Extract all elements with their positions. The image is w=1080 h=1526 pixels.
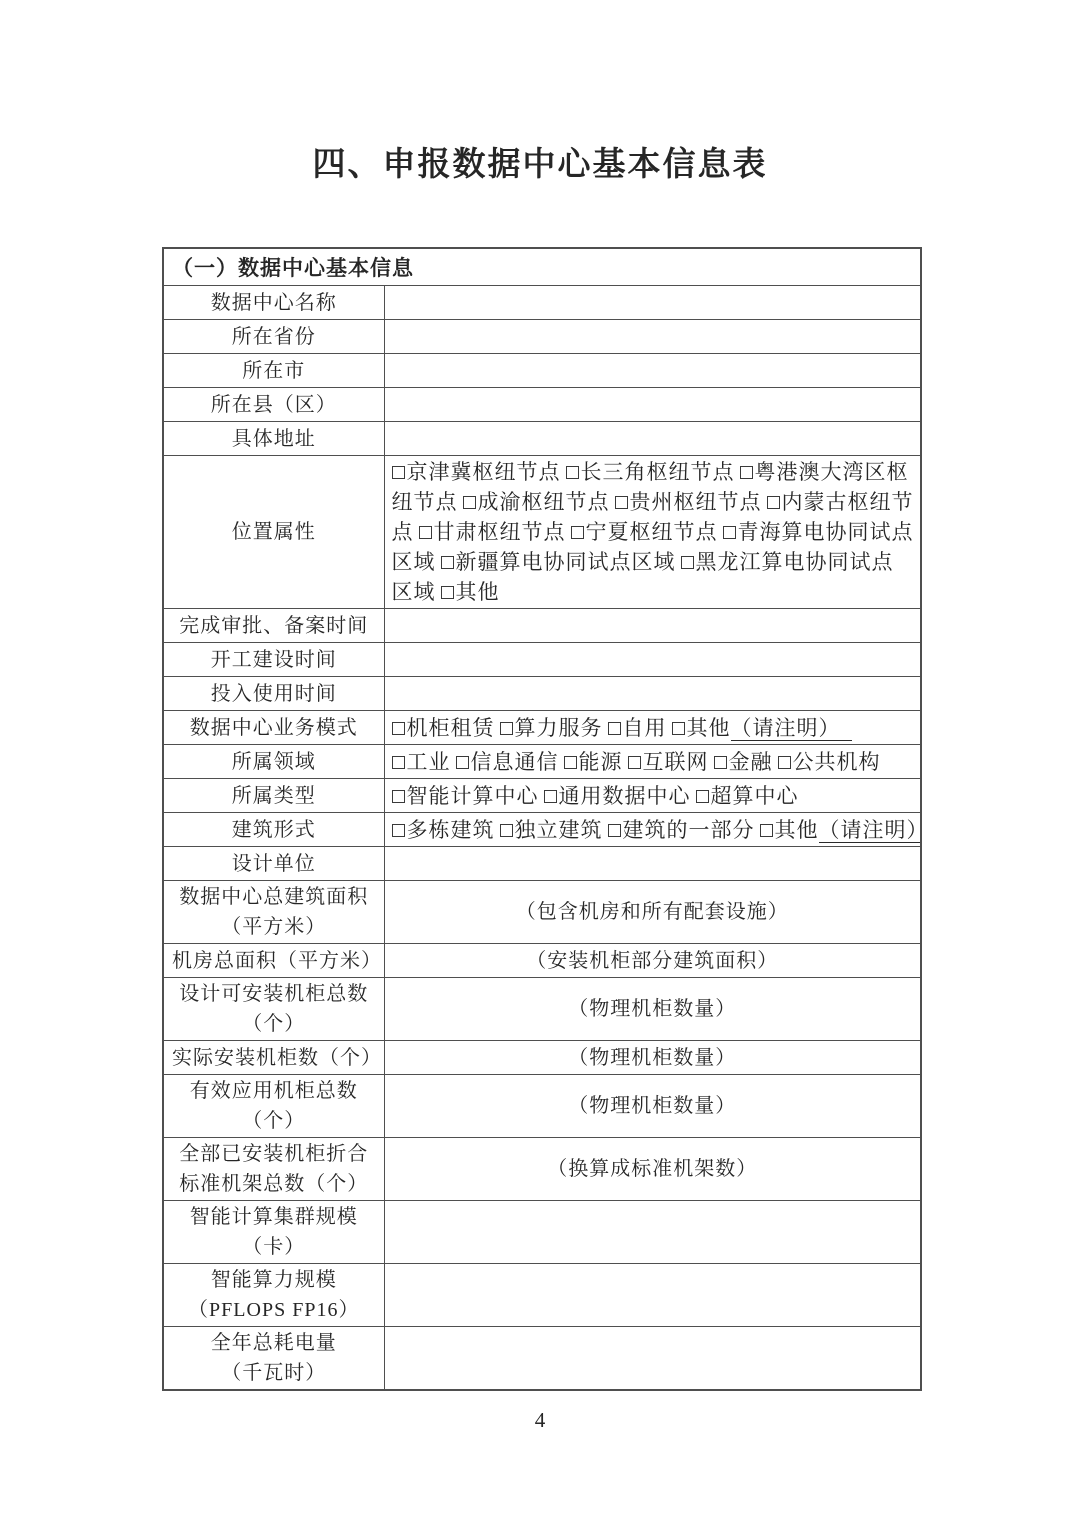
checkbox-option-label: 算力服务	[515, 716, 603, 740]
row-label: 所在省份	[163, 320, 384, 354]
checkbox-option[interactable]: 算力服务	[500, 716, 603, 740]
row-value: 机柜租赁算力服务自用其他（请注明）	[384, 711, 921, 745]
checkbox-option[interactable]: 建筑的一部分	[608, 818, 755, 842]
checkbox-option-label: 互联网	[643, 750, 709, 774]
checkbox-option-label: 金融	[729, 750, 773, 774]
checkbox-icon[interactable]	[392, 722, 405, 735]
checkbox-option[interactable]: 新疆算电协同试点区域	[441, 550, 676, 574]
checkbox-icon[interactable]	[740, 466, 753, 479]
checkbox-option-label: 智能计算中心	[407, 784, 539, 808]
checkbox-option-label: 通用数据中心	[559, 784, 691, 808]
checkbox-icon[interactable]	[608, 722, 621, 735]
checkbox-option-label: 贵州枢纽节点	[630, 490, 762, 514]
fill-in-blank[interactable]: （请注明）	[731, 716, 853, 741]
checkbox-icon[interactable]	[566, 466, 579, 479]
checkbox-option[interactable]: 公共机构	[778, 750, 881, 774]
checkbox-option[interactable]: 互联网	[628, 750, 709, 774]
checkbox-option[interactable]: 其他	[672, 716, 731, 740]
row-label: 数据中心业务模式	[163, 711, 384, 745]
info-table: （一）数据中心基本信息 数据中心名称所在省份所在市所在县（区）具体地址位置属性京…	[162, 247, 922, 1391]
checkbox-option-label: 自用	[623, 716, 667, 740]
info-table-body: （一）数据中心基本信息 数据中心名称所在省份所在市所在县（区）具体地址位置属性京…	[163, 248, 921, 1390]
table-row: 全部已安装机柜折合 标准机架总数（个）（换算成标准机架数）	[163, 1138, 921, 1201]
page-number: 4	[0, 1408, 1080, 1433]
row-value: 智能计算中心通用数据中心超算中心	[384, 779, 921, 813]
checkbox-icon[interactable]	[392, 790, 405, 803]
empty-fill-in-cell[interactable]	[384, 1264, 921, 1327]
checkbox-option-label: 长三角枢纽节点	[581, 460, 735, 484]
checkbox-icon[interactable]	[564, 756, 577, 769]
empty-fill-in-cell[interactable]	[384, 320, 921, 354]
checkbox-icon[interactable]	[778, 756, 791, 769]
table-row: 所在省份	[163, 320, 921, 354]
checkbox-option-label: 机柜租赁	[407, 716, 495, 740]
row-label: 所属类型	[163, 779, 384, 813]
checkbox-icon[interactable]	[723, 526, 736, 539]
row-label: 设计可安装机柜总数 （个）	[163, 978, 384, 1041]
checkbox-option-label: 其他	[775, 818, 819, 842]
table-row: 建筑形式多栋建筑独立建筑建筑的一部分其他（请注明）	[163, 813, 921, 847]
empty-fill-in-cell[interactable]	[384, 388, 921, 422]
row-value: （包含机房和所有配套设施）	[384, 881, 921, 944]
table-row: 设计可安装机柜总数 （个）（物理机柜数量）	[163, 978, 921, 1041]
checkbox-icon[interactable]	[419, 526, 432, 539]
checkbox-option[interactable]: 长三角枢纽节点	[566, 460, 735, 484]
checkbox-option-label: 能源	[579, 750, 623, 774]
table-row: 完成审批、备案时间	[163, 609, 921, 643]
row-value: 京津冀枢纽节点长三角枢纽节点粤港澳大湾区枢纽节点成渝枢纽节点贵州枢纽节点内蒙古枢…	[384, 456, 921, 609]
checkbox-option-label: 超算中心	[711, 784, 799, 808]
checkbox-icon[interactable]	[392, 756, 405, 769]
row-value: 多栋建筑独立建筑建筑的一部分其他（请注明）	[384, 813, 921, 847]
checkbox-option[interactable]: 甘肃枢纽节点	[419, 520, 566, 544]
checkbox-icon[interactable]	[608, 824, 621, 837]
checkbox-option-label: 独立建筑	[515, 818, 603, 842]
table-row: 实际安装机柜数（个）（物理机柜数量）	[163, 1041, 921, 1075]
row-label: 所在市	[163, 354, 384, 388]
checkbox-option[interactable]: 超算中心	[696, 784, 799, 808]
checkbox-icon[interactable]	[696, 790, 709, 803]
checkbox-option[interactable]: 成渝枢纽节点	[463, 490, 610, 514]
checkbox-option-label: 成渝枢纽节点	[478, 490, 610, 514]
empty-fill-in-cell[interactable]	[384, 354, 921, 388]
checkbox-option-label: 甘肃枢纽节点	[434, 520, 566, 544]
checkbox-icon[interactable]	[767, 496, 780, 509]
table-row: 机房总面积（平方米）（安装机柜部分建筑面积）	[163, 944, 921, 978]
checkbox-icon[interactable]	[628, 756, 641, 769]
document-page: 四、申报数据中心基本信息表 （一）数据中心基本信息 数据中心名称所在省份所在市所…	[0, 0, 1080, 1526]
checkbox-icon[interactable]	[456, 756, 469, 769]
table-row: 所属类型智能计算中心通用数据中心超算中心	[163, 779, 921, 813]
table-row: 有效应用机柜总数 （个）（物理机柜数量）	[163, 1075, 921, 1138]
table-row: 数据中心业务模式机柜租赁算力服务自用其他（请注明）	[163, 711, 921, 745]
checkbox-option-label: 宁夏枢纽节点	[586, 520, 718, 544]
checkbox-option[interactable]: 金融	[714, 750, 773, 774]
row-label: 全部已安装机柜折合 标准机架总数（个）	[163, 1138, 384, 1201]
checkbox-option[interactable]: 自用	[608, 716, 667, 740]
checkbox-option[interactable]: 其他	[441, 580, 500, 604]
table-row: 位置属性京津冀枢纽节点长三角枢纽节点粤港澳大湾区枢纽节点成渝枢纽节点贵州枢纽节点…	[163, 456, 921, 609]
checkbox-icon[interactable]	[392, 466, 405, 479]
row-label: 机房总面积（平方米）	[163, 944, 384, 978]
table-row: 所属领域工业信息通信能源互联网金融公共机构	[163, 745, 921, 779]
checkbox-option[interactable]: 工业	[392, 750, 451, 774]
empty-fill-in-cell[interactable]	[384, 643, 921, 677]
checkbox-option-label: 其他	[456, 580, 500, 604]
row-value: 工业信息通信能源互联网金融公共机构	[384, 745, 921, 779]
fill-in-blank[interactable]: （请注明）	[819, 818, 922, 843]
page-title: 四、申报数据中心基本信息表	[0, 138, 1080, 185]
empty-fill-in-cell[interactable]	[384, 422, 921, 456]
row-value: （物理机柜数量）	[384, 978, 921, 1041]
checkbox-icon[interactable]	[441, 586, 454, 599]
table-row: 投入使用时间	[163, 677, 921, 711]
checkbox-icon[interactable]	[615, 496, 628, 509]
row-value: （物理机柜数量）	[384, 1041, 921, 1075]
checkbox-option-label: 信息通信	[471, 750, 559, 774]
table-row: 设计单位	[163, 847, 921, 881]
table-row: 全年总耗电量 （千瓦时）	[163, 1327, 921, 1391]
checkbox-option[interactable]: 其他	[760, 818, 819, 842]
table-row: 所在县（区）	[163, 388, 921, 422]
checkbox-option[interactable]: 能源	[564, 750, 623, 774]
row-label: 智能算力规模 （PFLOPS FP16）	[163, 1264, 384, 1327]
row-label: 数据中心总建筑面积 （平方米）	[163, 881, 384, 944]
row-label: 全年总耗电量 （千瓦时）	[163, 1327, 384, 1391]
row-value: （换算成标准机架数）	[384, 1138, 921, 1201]
row-label: 设计单位	[163, 847, 384, 881]
checkbox-option[interactable]: 京津冀枢纽节点	[392, 460, 561, 484]
checkbox-option-label: 京津冀枢纽节点	[407, 460, 561, 484]
checkbox-icon[interactable]	[714, 756, 727, 769]
checkbox-icon[interactable]	[571, 526, 584, 539]
checkbox-icon[interactable]	[463, 496, 476, 509]
checkbox-option[interactable]: 信息通信	[456, 750, 559, 774]
row-label: 完成审批、备案时间	[163, 609, 384, 643]
empty-fill-in-cell[interactable]	[384, 847, 921, 881]
checkbox-icon[interactable]	[672, 722, 685, 735]
row-label: 所属领域	[163, 745, 384, 779]
table-row: 开工建设时间	[163, 643, 921, 677]
checkbox-icon[interactable]	[500, 824, 513, 837]
table-row: 具体地址	[163, 422, 921, 456]
checkbox-icon[interactable]	[544, 790, 557, 803]
checkbox-icon[interactable]	[681, 556, 694, 569]
checkbox-option[interactable]: 贵州枢纽节点	[615, 490, 762, 514]
row-label: 建筑形式	[163, 813, 384, 847]
checkbox-option[interactable]: 宁夏枢纽节点	[571, 520, 718, 544]
checkbox-option-label: 多栋建筑	[407, 818, 495, 842]
checkbox-icon[interactable]	[500, 722, 513, 735]
checkbox-option[interactable]: 智能计算中心	[392, 784, 539, 808]
row-label: 投入使用时间	[163, 677, 384, 711]
row-label: 所在县（区）	[163, 388, 384, 422]
checkbox-icon[interactable]	[760, 824, 773, 837]
row-label: 实际安装机柜数（个）	[163, 1041, 384, 1075]
empty-fill-in-cell[interactable]	[384, 609, 921, 643]
checkbox-icon[interactable]	[441, 556, 454, 569]
empty-fill-in-cell[interactable]	[384, 286, 921, 320]
checkbox-option[interactable]: 多栋建筑	[392, 818, 495, 842]
checkbox-option[interactable]: 通用数据中心	[544, 784, 691, 808]
checkbox-option[interactable]: 机柜租赁	[392, 716, 495, 740]
checkbox-option-label: 新疆算电协同试点区域	[456, 550, 676, 574]
checkbox-option-label: 公共机构	[793, 750, 881, 774]
table-row: 所在市	[163, 354, 921, 388]
section-header-row: （一）数据中心基本信息	[163, 248, 921, 286]
row-label: 有效应用机柜总数 （个）	[163, 1075, 384, 1138]
empty-fill-in-cell[interactable]	[384, 677, 921, 711]
row-label: 位置属性	[163, 456, 384, 609]
empty-fill-in-cell[interactable]	[384, 1201, 921, 1264]
section-header: （一）数据中心基本信息	[163, 248, 921, 286]
table-row: 数据中心名称	[163, 286, 921, 320]
checkbox-option-label: 工业	[407, 750, 451, 774]
row-value: （物理机柜数量）	[384, 1075, 921, 1138]
table-row: 数据中心总建筑面积 （平方米）（包含机房和所有配套设施）	[163, 881, 921, 944]
row-value: （安装机柜部分建筑面积）	[384, 944, 921, 978]
table-row: 智能算力规模 （PFLOPS FP16）	[163, 1264, 921, 1327]
checkbox-option-label: 建筑的一部分	[623, 818, 755, 842]
checkbox-icon[interactable]	[392, 824, 405, 837]
table-row: 智能计算集群规模 （卡）	[163, 1201, 921, 1264]
row-label: 开工建设时间	[163, 643, 384, 677]
row-label: 数据中心名称	[163, 286, 384, 320]
row-label: 具体地址	[163, 422, 384, 456]
empty-fill-in-cell[interactable]	[384, 1327, 921, 1391]
checkbox-option-label: 其他	[687, 716, 731, 740]
checkbox-option[interactable]: 独立建筑	[500, 818, 603, 842]
row-label: 智能计算集群规模 （卡）	[163, 1201, 384, 1264]
